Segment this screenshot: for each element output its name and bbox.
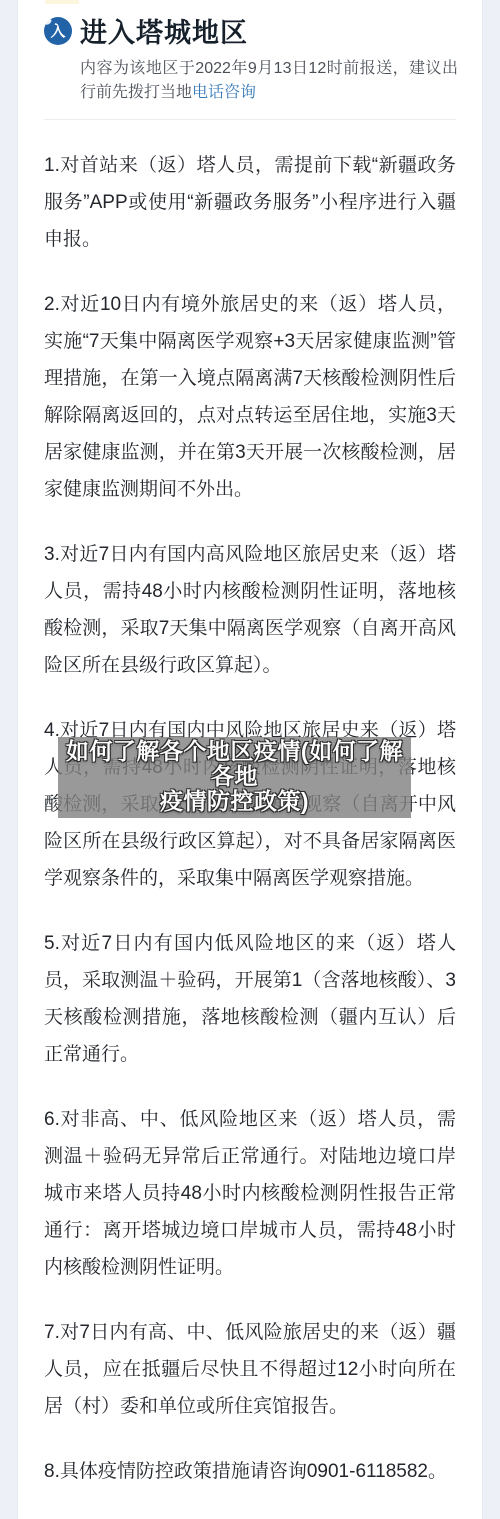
phone-consult-link[interactable]: 电话咨询 bbox=[192, 84, 256, 101]
policy-list: 1.对首站来（返）塔人员，需提前下载“新疆政务服务”APP或使用“新疆政务服务”… bbox=[44, 147, 456, 1490]
policy-item-6: 6.对非高、中、低风险地区来（返）塔人员，需测温＋验码无异常后正常通行。对陆地边… bbox=[44, 1101, 456, 1286]
watermark-line-1: 如何了解各个地区疫情(如何了解各地 bbox=[62, 739, 407, 789]
report-time-text: 内容为该地区于2022年9月13日12时前报送，建议出行前先拨打当地 bbox=[80, 60, 458, 101]
watermark-line-2: 疫情防控政策) bbox=[62, 789, 407, 814]
report-time-note: 内容为该地区于2022年9月13日12时前报送，建议出行前先拨打当地电话咨询 bbox=[80, 57, 458, 105]
section-divider bbox=[44, 119, 456, 120]
policy-item-7: 7.对7日内有高、中、低风险旅居史的来（返）疆人员，应在抵疆后尽快且不得超过12… bbox=[44, 1314, 456, 1425]
policy-item-2: 2.对近10日内有境外旅居史的来（返）塔人员，实施“7天集中隔离医学观察+3天居… bbox=[44, 286, 456, 508]
article-title-watermark: 如何了解各个地区疫情(如何了解各地 疫情防控政策) bbox=[58, 737, 411, 818]
enter-region-icon: 入 bbox=[44, 17, 72, 45]
policy-item-3: 3.对近7日内有国内高风险地区旅居史来（返）塔人员，需持48小时内核酸检测阴性证… bbox=[44, 536, 456, 684]
cropped-top-element bbox=[45, 0, 79, 4]
policy-item-5: 5.对近7日内有国内低风险地区的来（返）塔人员，采取测温＋验码，开展第1（含落地… bbox=[44, 925, 456, 1073]
section-header: 入 进入塔城地区 bbox=[44, 11, 456, 50]
page-title: 进入塔城地区 bbox=[80, 11, 248, 50]
policy-item-8: 8.具体疫情防控政策措施请咨询0901-6118582。 bbox=[44, 1453, 456, 1490]
policy-item-1: 1.对首站来（返）塔人员，需提前下载“新疆政务服务”APP或使用“新疆政务服务”… bbox=[44, 147, 456, 258]
page-background: 入 进入塔城地区 内容为该地区于2022年9月13日12时前报送，建议出行前先拨… bbox=[0, 0, 500, 1519]
